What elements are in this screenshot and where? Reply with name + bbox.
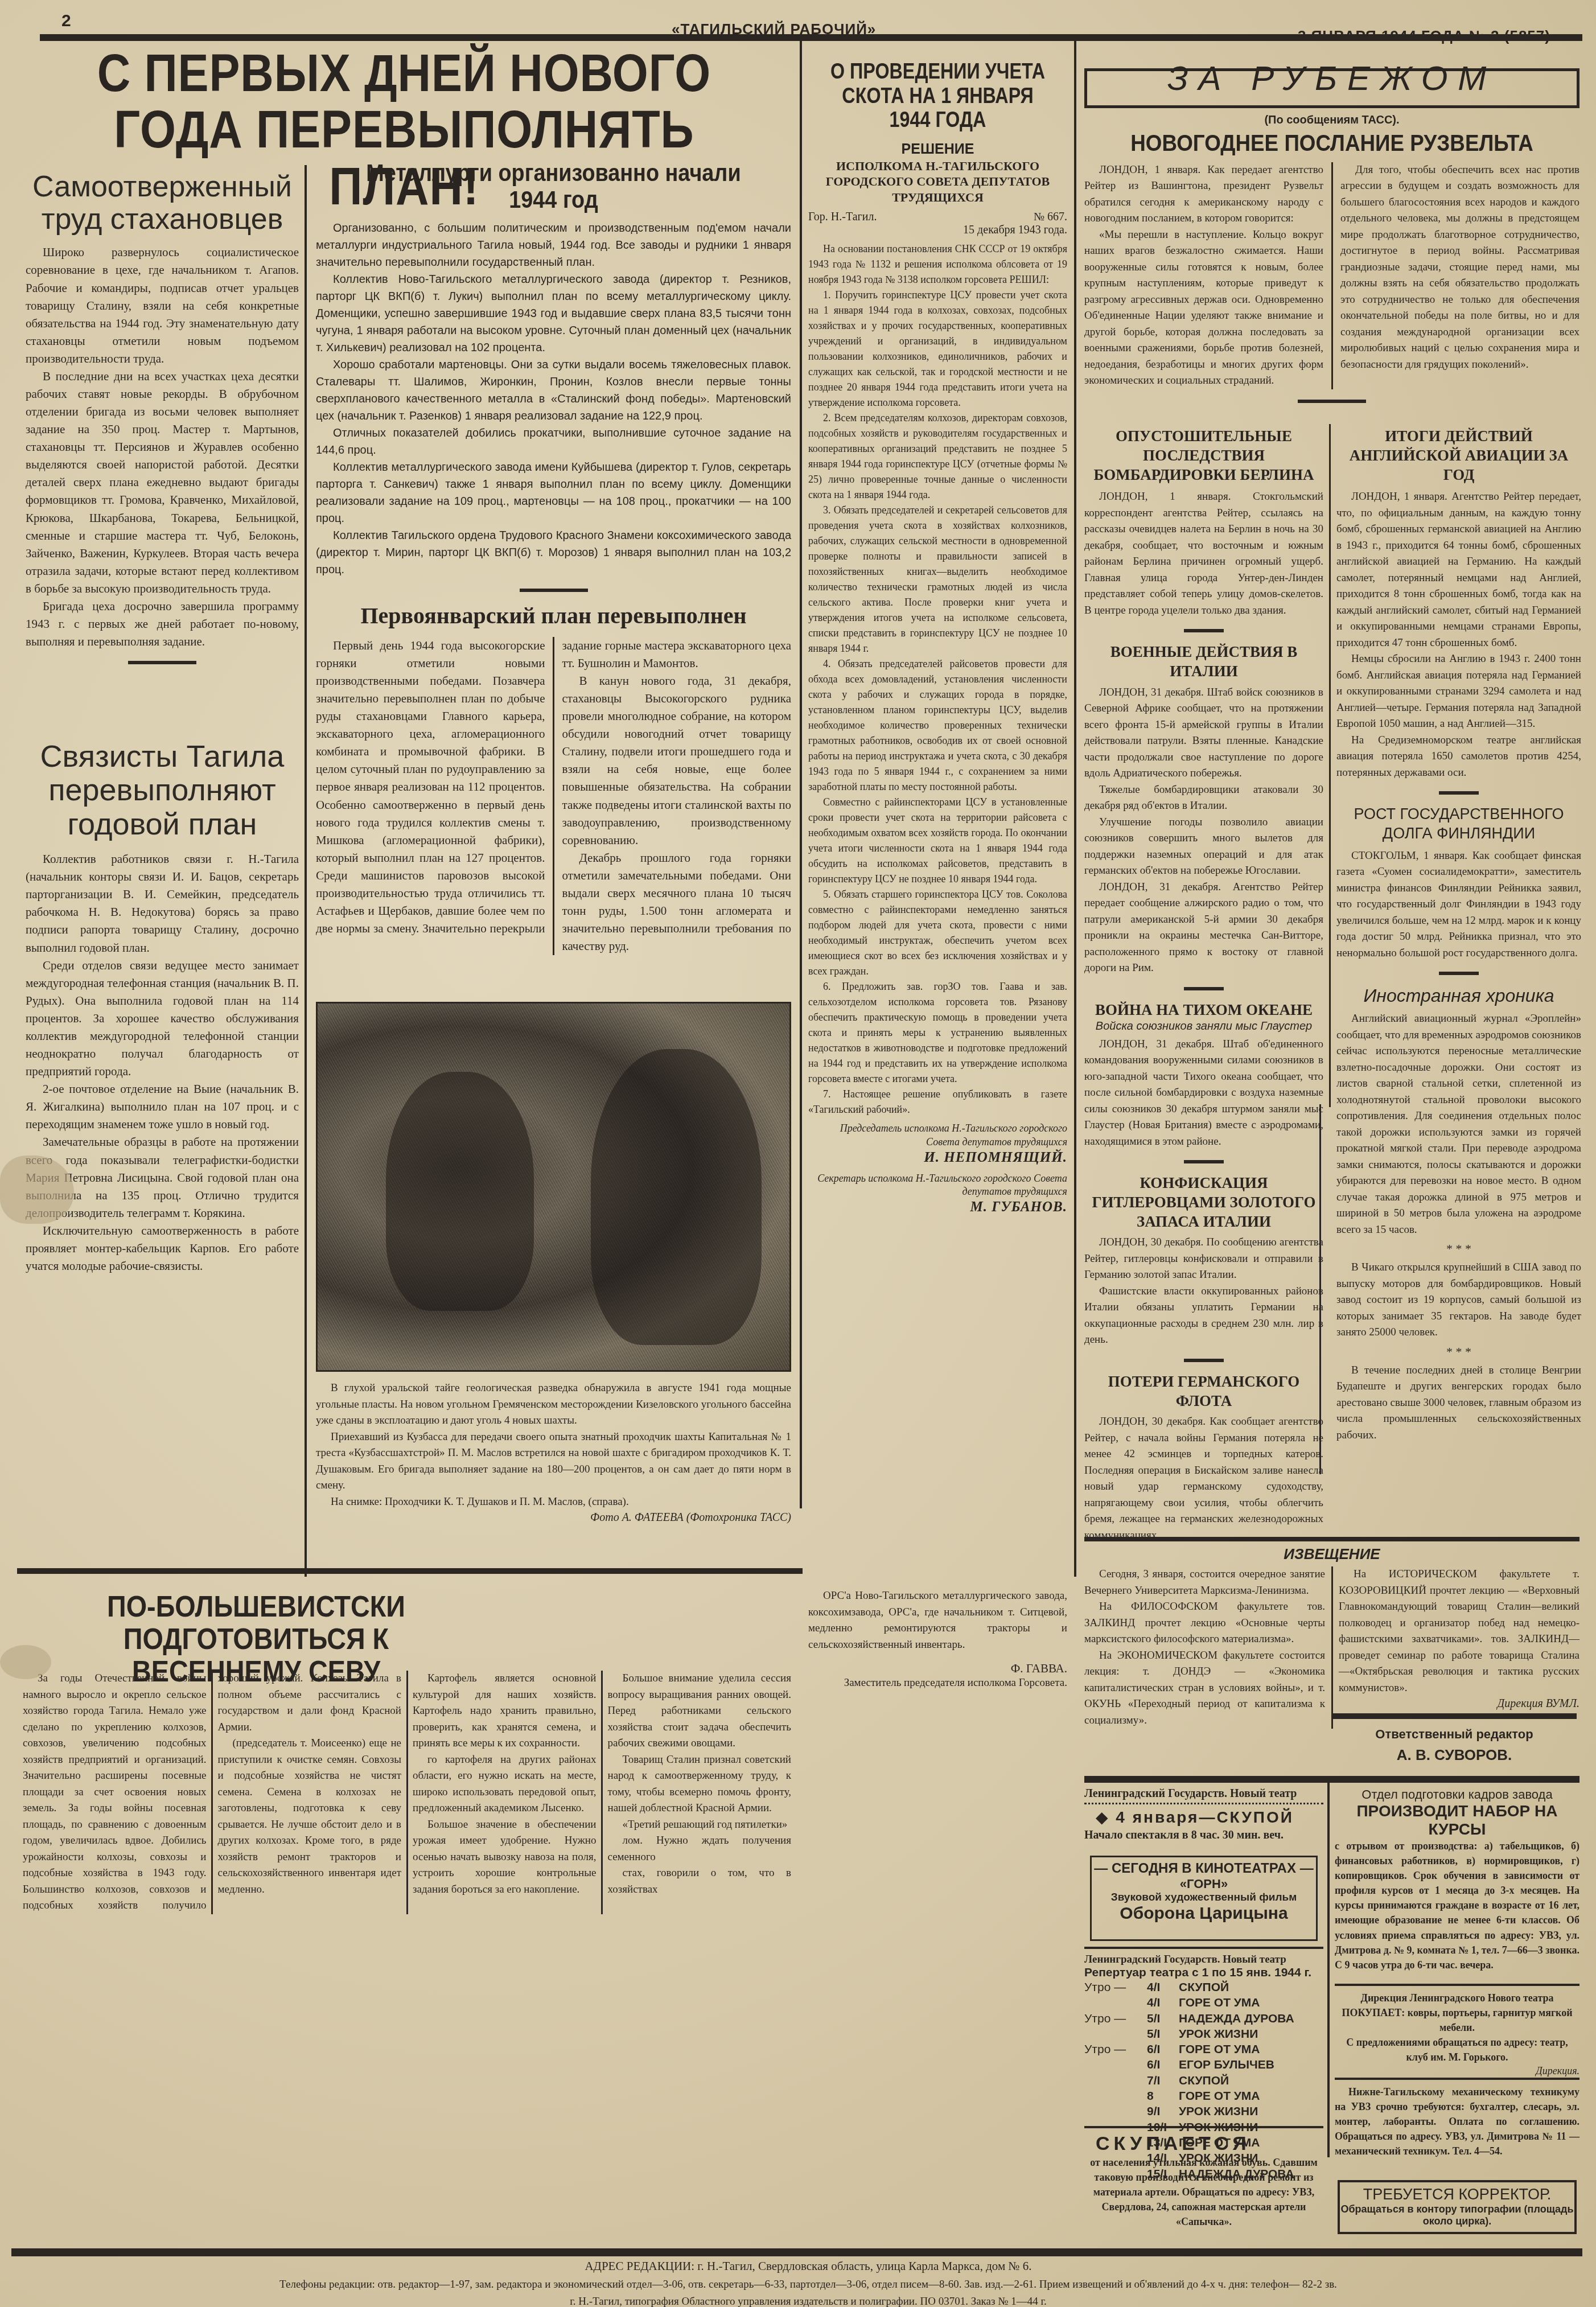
paragraph: В канун нового года, 31 декабря, стахано… <box>562 672 792 849</box>
footer-rule <box>11 2248 1582 2256</box>
asterisks-divider: * * * <box>1336 1344 1581 1359</box>
rule <box>1084 2126 1323 2128</box>
ad-start-time: Начало спектакля в 8 час. 30 мин. веч. <box>1084 1829 1323 1842</box>
signature-name: Ф. ГАВВА. <box>808 1661 1067 1676</box>
paragraph: Фашистские власти оккупированных районов… <box>1084 1284 1323 1348</box>
ad-text: Дирекция Ленинградского Нового театра ПО… <box>1335 1991 1579 2035</box>
paragraph: Улучшение погоды позволило авиации союзн… <box>1084 815 1323 879</box>
issuer: ИСПОЛКОМА Н.-ТАГИЛЬСКОГО ГОРОДСКОГО СОВЕ… <box>808 158 1067 205</box>
section-source: (По сообщениям ТАСС). <box>1084 114 1579 127</box>
column-divider <box>305 165 307 1577</box>
paragraph: ЛОНДОН, 31 декабря. Штаб войск союзников… <box>1084 685 1323 782</box>
paragraph: В течение последних дней в столице Венгр… <box>1336 1363 1581 1444</box>
paragraph: На снимке: Проходчики К. Т. Душаков и П.… <box>316 1494 791 1511</box>
paragraph: 2. Всем председателям колхозов, директор… <box>808 410 1067 503</box>
article-title: Самоотверженный труд стахановцев <box>26 171 299 236</box>
paragraph: Тяжелые бомбардировщики атаковали 30 дек… <box>1084 782 1323 815</box>
divider <box>1298 400 1366 403</box>
paragraph: (председатель т. Моисеенко) еще не прист… <box>218 1736 402 1898</box>
paragraph: Хорошо сработали мартеновцы. Они за сутк… <box>316 356 791 425</box>
signatory-role: Секретарь исполкома Н.-Тагильского город… <box>817 1173 1067 1197</box>
article-title: Иностранная хроника <box>1336 985 1581 1006</box>
paragraph: 6. Предложить зав. горЗО тов. Гаава и за… <box>808 979 1067 1087</box>
article-sowing: За годы Отечественной войны намного выро… <box>23 1671 791 1914</box>
paragraph: «Мы перешли в наступление. Кольцо вокруг… <box>1084 227 1323 389</box>
photo-credit: Фото А. ФАТЕЕВА (Фотохроника ТАСС) <box>316 1510 791 1525</box>
photo-miners <box>316 1002 791 1372</box>
article-title: НОВОГОДНЕЕ ПОСЛАНИЕ РУЗВЕЛЬТА <box>1104 131 1560 157</box>
ad-org: Ленинградский Государств. Новый театр <box>1084 1954 1323 1966</box>
paragraph: Для того, чтобы обеспечить всех нас прот… <box>1340 162 1579 373</box>
ad-theatre-buy: Дирекция Ленинградского Нового театра ПО… <box>1335 1984 1579 2078</box>
paragraph: В глухой уральской тайге геологическая р… <box>316 1380 791 1429</box>
foreign-news-left: ОПУСТОШИТЕЛЬНЫЕ ПОСЛЕДСТВИЯ БОМБАРДИРОВК… <box>1084 427 1323 1544</box>
paragraph: На Средиземноморском театре английская а… <box>1336 733 1581 782</box>
article-title: О ПРОВЕДЕНИИ УЧЕТА СКОТА НА 1 ЯНВАРЯ 194… <box>828 60 1048 133</box>
paragraph: Коллектив металлургического завода имени… <box>316 459 791 527</box>
signatory-name: И. НЕПОМНЯЩИЙ. <box>924 1150 1067 1165</box>
editorial-address: АДРЕС РЕДАКЦИИ: г. Н.-Тагил, Свердловска… <box>46 2257 1571 2276</box>
masthead-rule <box>40 34 1582 41</box>
ad-org: Ленинградский Государств. Новый театр <box>1084 1787 1323 1804</box>
foreign-news-right: ИТОГИ ДЕЙСТВИЙ АНГЛИЙСКОЙ АВИАЦИИ ЗА ГОД… <box>1336 427 1581 1444</box>
article-sowing-right: ОРС'а Ново-Тагильского металлургического… <box>808 1588 1067 1691</box>
paragraph: Картофель является основной культурой дл… <box>413 1671 597 1752</box>
article-cattle: О ПРОВЕДЕНИИ УЧЕТА СКОТА НА 1 ЯНВАРЯ 194… <box>808 60 1067 1217</box>
paragraph: Исключительную самоотверженность в работ… <box>26 1222 299 1275</box>
ad-signature: Дирекция. <box>1335 2065 1579 2078</box>
divider <box>1184 1160 1224 1163</box>
article-title: РОСТ ГОСУДАРСТВЕННОГО ДОЛГА ФИНЛЯНДИИ <box>1336 805 1581 844</box>
paper-tear <box>0 1645 51 1679</box>
paragraph: «Третий решающий год пятилетки» <box>608 1817 792 1833</box>
film-title: Оборона Царицына <box>1092 1904 1316 1923</box>
asterisks-divider: * * * <box>1336 1241 1581 1256</box>
decision-number: № 667. <box>1034 211 1067 224</box>
ad-title: ТРЕБУЕТСЯ КОРРЕКТОР. <box>1340 2186 1574 2203</box>
repertoire-title: Репертуар театра с 1 по 15 янв. 1944 г. <box>1084 1966 1323 1980</box>
divider <box>1184 987 1224 990</box>
photo-figure-right <box>591 1049 762 1345</box>
paragraph: ЛОНДОН, 31 декабря. Штаб об'единенного к… <box>1084 1037 1323 1150</box>
paragraph: стах, говорили о том, что в хозяйствах <box>608 1865 792 1898</box>
paragraph: 3. Обязать председателей и секретарей се… <box>808 503 1067 656</box>
divider <box>128 661 196 664</box>
ad-title: ПРОИЗВОДИТ НАБОР НА КУРСЫ <box>1335 1802 1579 1839</box>
column-divider <box>800 40 802 1508</box>
repertoire-item: 7/IСКУПОЙ <box>1084 2073 1323 2088</box>
ad-text: Обращаться в контору типографии (площадь… <box>1340 2203 1574 2227</box>
paragraph: ЛОНДОН, 1 января. Агентство Рейтер перед… <box>1336 489 1581 651</box>
paragraph: го картофеля на других районах области, … <box>413 1752 597 1817</box>
article-subtitle: РЕШЕНИЕ <box>808 141 1067 158</box>
paragraph: лом. Нужно ждать получения семенного <box>608 1833 792 1865</box>
signatory-role: Председатель исполкома Н.-Тагильского го… <box>840 1122 1067 1147</box>
article-title: ИТОГИ ДЕЙСТВИЙ АНГЛИЙСКОЙ АВИАЦИИ ЗА ГОД <box>1336 427 1581 484</box>
film-kind: Звуковой художественный фильм <box>1092 1891 1316 1904</box>
paragraph: В последние дни на всех участках цеха де… <box>26 368 299 598</box>
rule <box>1335 2078 1579 2080</box>
article-title: ОПУСТОШИТЕЛЬНЫЕ ПОСЛЕДСТВИЯ БОМБАРДИРОВК… <box>1084 427 1323 484</box>
paragraph: Бригада цеха досрочно завершила программ… <box>26 598 299 651</box>
article-title: Металлурги организованно начали 1944 год <box>340 159 768 213</box>
repertoire-item: Утро —6/IГОРЕ ОТ УМА <box>1084 2042 1323 2057</box>
article-title: ПОТЕРИ ГЕРМАНСКОГО ФЛОТА <box>1084 1372 1323 1411</box>
paragraph: Коллектив работников связи г. Н.-Тагила … <box>26 850 299 956</box>
ad-title: СКУПАЕТСЯ <box>1096 2133 1323 2155</box>
paragraph: Коллектив Тагильского ордена Трудового К… <box>316 527 791 578</box>
divider <box>1184 629 1224 632</box>
paragraph: На ФИЛОСОФСКОМ факультете тов. ЗАЛКИНД п… <box>1084 1599 1325 1648</box>
newspaper-page: 2 «ТАГИЛЬСКИЙ РАБОЧИЙ» 3 ЯНВАРЯ 1944 ГОД… <box>0 0 1596 2307</box>
editor-role: Ответственный редактор <box>1332 1727 1577 1742</box>
rule <box>1332 1713 1577 1719</box>
cinema-title: — СЕГОДНЯ В КИНОТЕАТРАХ — <box>1092 1861 1316 1877</box>
cinema-venue: «ГОРН» <box>1092 1877 1316 1891</box>
photo-caption: В глухой уральской тайге геологическая р… <box>316 1380 791 1525</box>
section-title: ЗА РУБЕЖОМ <box>1084 59 1579 98</box>
paragraph: ЛОНДОН, 1 января. Как передает агентство… <box>1084 162 1323 227</box>
paragraph: СТОКГОЛЬМ, 1 января. Как сообщает финска… <box>1336 848 1581 962</box>
decision-date: 15 декабря 1943 года. <box>808 224 1067 237</box>
article-pervoyanvarsky: Первоянварский план перевыполнен Первый … <box>316 603 791 955</box>
ad-shoes: СКУПАЕТСЯ от населения утильная кожаная … <box>1084 2126 1323 2229</box>
divider <box>1439 791 1479 795</box>
paragraph: ЛОНДОН, 30 декабря. Как сообщает агентст… <box>1084 1414 1323 1544</box>
paragraph: Отличных показателей добились прокатчики… <box>316 425 791 459</box>
diamond-icon: ◆ <box>1096 1808 1116 1826</box>
paragraph: В Чикаго открылся крупнейший в США завод… <box>1336 1260 1581 1341</box>
article-title: Первоянварский план перевыполнен <box>316 603 791 629</box>
article-subtitle: Войска союзников заняли мыс Глаустер <box>1084 1020 1323 1033</box>
ads-rule <box>1084 1776 1579 1783</box>
ad-courses: Отдел подготовки кадров завода ПРОИЗВОДИ… <box>1335 1787 1579 1972</box>
column-divider <box>1329 424 1331 1107</box>
ad-text: Нижне-Тагильскому механическому техникум… <box>1335 2084 1579 2158</box>
ad-text: от населения утильная кожаная обувь. Сда… <box>1084 2155 1323 2229</box>
article-title: Связисты Тагила перевыполняют годовой пл… <box>26 740 299 841</box>
rule <box>1335 1984 1579 1986</box>
paragraph: Большое значение в обеспечении урожая им… <box>413 1817 597 1898</box>
repertoire-item: 9/IУРОК ЖИЗНИ <box>1084 2104 1323 2119</box>
ad-text: с отрывом от производства: а) табельщико… <box>1335 1839 1579 1972</box>
article-stakhanov: Самоотверженный труд стахановцев Широко … <box>26 171 299 675</box>
paragraph: Товарищ Сталин признал советский народ к… <box>608 1752 792 1817</box>
paragraph: 1. Поручить горинспектуре ЦСУ провести у… <box>808 287 1067 410</box>
paragraph: Организованно, с большим политическим и … <box>316 220 791 271</box>
paragraph: 2-ое почтовое отделение на Выие (начальн… <box>26 1080 299 1133</box>
paragraph: На ИСТОРИЧЕСКОМ факультете т. КОЗОРОВИЦК… <box>1339 1566 1579 1696</box>
notice-signature: Дирекция ВУМЛ. <box>1339 1696 1579 1711</box>
repertoire-item: Утро —4/IСКУПОЙ <box>1084 1980 1323 1995</box>
editorial-phones: Телефоны редакции: отв. редактор—1-97, з… <box>46 2276 1571 2293</box>
notice-title: ИЗВЕЩЕНИЕ <box>1084 1545 1579 1563</box>
divider <box>1184 1359 1224 1362</box>
paragraph: ОРС'а Ново-Тагильского металлургического… <box>808 1588 1067 1653</box>
ad-technikum: Нижне-Тагильскому механическому техникум… <box>1335 2078 1579 2158</box>
article-title: ВОЕННЫЕ ДЕЙСТВИЯ В ИТАЛИИ <box>1084 643 1323 681</box>
paragraph: Коллектив Ново-Тагильского металлургичес… <box>316 271 791 356</box>
ad-performance: 4 января—СКУПОЙ <box>1116 1808 1294 1826</box>
paragraph: Широко развернулось социалистическое сор… <box>26 244 299 368</box>
section-rule <box>1084 1537 1579 1541</box>
paragraph: Сегодня, 3 января, состоится очередное з… <box>1084 1566 1325 1599</box>
paragraph: 5. Обязать старшего горинспектора ЦСУ то… <box>808 887 1067 979</box>
divider <box>520 589 588 592</box>
paragraph: 7. Настоящее решение опубликовать в газе… <box>808 1087 1067 1117</box>
ad-theatre-skupoy: Ленинградский Государств. Новый театр ◆ … <box>1084 1787 1323 1842</box>
article-title: КОНФИСКАЦИЯ ГИТЛЕРОВЦАМИ ЗОЛОТОГО ЗАПАСА… <box>1084 1174 1323 1231</box>
ad-cinema: — СЕГОДНЯ В КИНОТЕАТРАХ — «ГОРН» Звуково… <box>1090 1856 1318 1941</box>
editor-block: Ответственный редактор А. В. СУВОРОВ. <box>1332 1713 1577 1764</box>
paragraph: Английский авиационный журнал «Эроплейн»… <box>1336 1011 1581 1238</box>
paragraph: Среди отделов связи ведущее место занима… <box>26 957 299 1081</box>
printer-info: г. Н.-Тагил, типография Областного управ… <box>46 2293 1571 2307</box>
section-rule <box>17 1568 803 1574</box>
divider <box>1439 972 1479 975</box>
repertoire-item: 8ГОРЕ ОТ УМА <box>1084 2088 1323 2104</box>
ad-contact: С предложениями обращаться по адресу: те… <box>1335 2035 1579 2065</box>
paragraph: 4. Обязать председателей райсоветов пров… <box>808 656 1067 795</box>
photo-figure-left <box>386 1072 534 1311</box>
footer: АДРЕС РЕДАКЦИИ: г. Н.-Тагил, Свердловска… <box>46 2257 1571 2307</box>
article-roosevelt: НОВОГОДНЕЕ ПОСЛАНИЕ РУЗВЕЛЬТА ЛОНДОН, 1 … <box>1084 131 1579 413</box>
repertoire-item: 5/IУРОК ЖИЗНИ <box>1084 2026 1323 2042</box>
paragraph: Декабрь прошлого года горняки отметили з… <box>562 849 792 955</box>
repertoire-item: Утро —5/IНАДЕЖДА ДУРОВА <box>1084 2011 1323 2026</box>
editor-name: А. В. СУВОРОВ. <box>1332 1746 1577 1764</box>
article-title: ВОЙНА НА ТИХОМ ОКЕАНЕ <box>1084 1001 1323 1020</box>
decision-place: Гор. Н.-Тагил. <box>808 211 877 224</box>
repertoire-item: 4/IГОРЕ ОТ УМА <box>1084 1995 1323 2010</box>
paragraph: ЛОНДОН, 1 января. Стокгольмский корреспо… <box>1084 489 1323 619</box>
page-number: 2 <box>61 11 72 31</box>
paragraph: На ЭКОНОМИЧЕСКОМ факультете состоится ле… <box>1084 1648 1325 1729</box>
notice-vuml: ИЗВЕЩЕНИЕ Сегодня, 3 января, состоится о… <box>1084 1545 1579 1729</box>
paragraph: ЛОНДОН, 31 декабря. Агентство Рейтер пер… <box>1084 879 1323 977</box>
column-divider <box>1327 1782 1330 2157</box>
paragraph: Большое внимание уделила сессия вопросу … <box>608 1671 792 1752</box>
paragraph: Приехавший из Кузбасса для передачи свое… <box>316 1429 791 1494</box>
paragraph: Немцы сбросили на Англию в 1943 г. 2400 … <box>1336 651 1581 733</box>
article-metallurgy: Металлурги организованно начали 1944 год… <box>316 159 791 602</box>
column-divider <box>1074 40 1076 1577</box>
paragraph: ЛОНДОН, 30 декабря. По сообщению агентст… <box>1084 1235 1323 1284</box>
signature-role: Заместитель председателя исполкома Горсо… <box>808 1676 1067 1691</box>
ad-corrector: ТРЕБУЕТСЯ КОРРЕКТОР. Обращаться в контор… <box>1338 2180 1577 2234</box>
rule <box>1084 1947 1323 1949</box>
ad-intro: Отдел подготовки кадров завода <box>1335 1787 1579 1802</box>
signatory-name: М. ГУБАНОВ. <box>970 1199 1067 1215</box>
paragraph: Совместно с райинспекторами ЦСУ в устано… <box>808 795 1067 887</box>
paragraph: На основании постановления СНК СССР от 1… <box>808 241 1067 287</box>
repertoire-item: 6/IЕГОР БУЛЫЧЕВ <box>1084 2057 1323 2072</box>
